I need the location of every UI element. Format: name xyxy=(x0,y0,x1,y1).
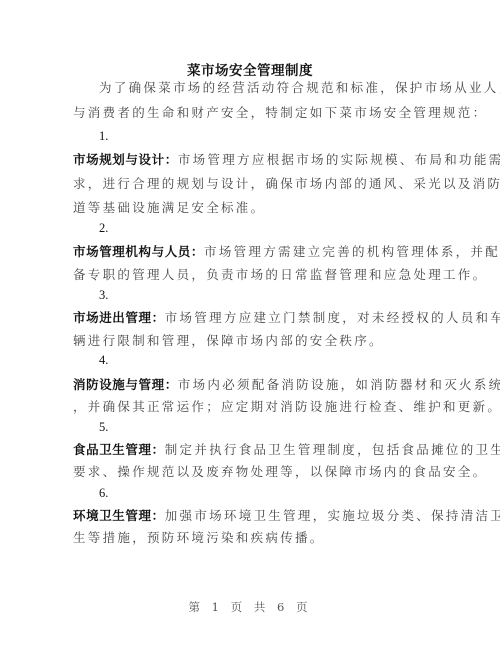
section-line: 食品卫生管理：制定并执行食品卫生管理制度，包括食品摊位的卫生 xyxy=(73,442,423,458)
section-heading: 食品卫生管理： xyxy=(73,442,165,457)
section-heading: 消防设施与管理： xyxy=(73,377,178,392)
section-line: 环境卫生管理：加强市场环境卫生管理，实施垃圾分类、保持清洁卫 xyxy=(73,508,423,524)
section-heading: 市场规划与设计： xyxy=(73,152,178,167)
section-line: 辆进行限制和管理，保障市场内部的安全秩序。 xyxy=(73,333,423,349)
section-line: 备专职的管理人员，负责市场的日常监督管理和应急处理工作。 xyxy=(73,267,423,283)
section-number: 3. xyxy=(99,288,108,303)
intro-line-1: 为了确保菜市场的经营活动符合规范和标准，保护市场从业人员 xyxy=(99,80,449,96)
section-line: 生等措施，预防环境污染和疾病传播。 xyxy=(73,530,423,546)
page-title: 菜市场安全管理制度 xyxy=(0,59,500,79)
section-number: 4. xyxy=(99,353,108,368)
section-line: 市场规划与设计：市场管理方应根据市场的实际规模、布局和功能需 xyxy=(73,152,423,168)
section-number: 2. xyxy=(99,221,108,236)
section-text: 加强市场环境卫生管理，实施垃圾分类、保持清洁卫 xyxy=(165,508,500,523)
section-heading: 环境卫生管理： xyxy=(73,508,165,523)
section-number: 5. xyxy=(99,420,108,435)
section-line: 道等基础设施满足安全标准。 xyxy=(73,200,423,216)
section-line: 要求、操作规范以及废弃物处理等，以保障市场内的食品安全。 xyxy=(73,464,423,480)
section-line: 市场管理机构与人员：市场管理方需建立完善的机构管理体系，并配 xyxy=(73,244,423,260)
section-line: 市场进出管理：市场管理方应建立门禁制度，对未经授权的人员和车 xyxy=(73,310,423,326)
section-line: 求，进行合理的规划与设计，确保市场内部的通风、采光以及消防通 xyxy=(73,176,423,192)
section-line: 消防设施与管理：市场内必须配备消防设施，如消防器材和灭火系统 xyxy=(73,377,423,393)
section-line: ，并确保其正常运作；应定期对消防设施进行检查、维护和更新。 xyxy=(73,399,423,415)
document-page: 菜市场安全管理制度 为了确保菜市场的经营活动符合规范和标准，保护市场从业人员 与… xyxy=(0,0,500,647)
intro-line-2: 与消费者的生命和财产安全，特制定如下菜市场安全管理规范： xyxy=(73,105,423,121)
section-text: 市场内必须配备消防设施，如消防器材和灭火系统 xyxy=(178,377,500,392)
page-footer: 第 1 页 共 6 页 xyxy=(0,599,500,615)
section-number: 6. xyxy=(99,486,108,501)
section-heading: 市场管理机构与人员： xyxy=(73,244,204,259)
section-text: 制定并执行食品卫生管理制度，包括食品摊位的卫生 xyxy=(165,442,500,457)
section-text: 市场管理方应建立门禁制度，对未经授权的人员和车 xyxy=(165,310,500,325)
section-number: 1. xyxy=(99,129,108,144)
section-text: 市场管理方需建立完善的机构管理体系，并配 xyxy=(204,244,500,259)
section-text: 市场管理方应根据市场的实际规模、布局和功能需 xyxy=(178,152,500,167)
section-heading: 市场进出管理： xyxy=(73,310,165,325)
